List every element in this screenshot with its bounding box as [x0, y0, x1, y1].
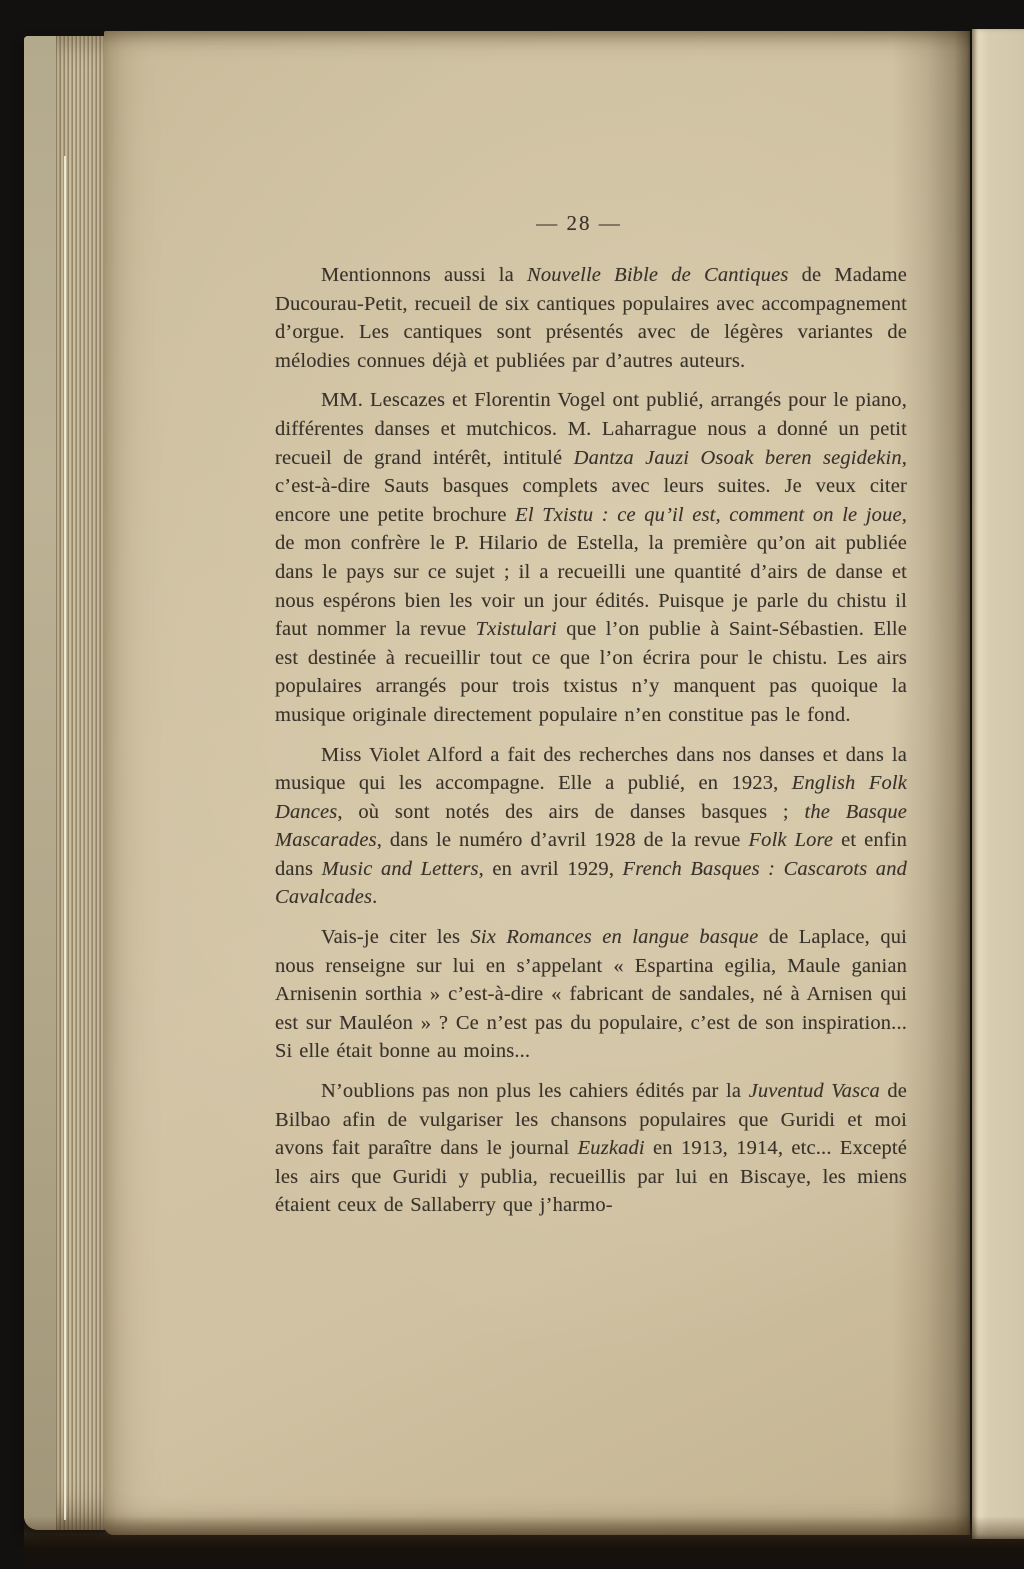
text-segment: , dans le numéro d’avril 1928 de la revu…: [377, 829, 749, 851]
text-segment: Mentionnons aussi la: [321, 264, 527, 286]
italic-text-segment: Music and Letters: [322, 858, 479, 880]
text-segment: , en avril 1929,: [479, 858, 623, 880]
italic-text-segment: El Txistu : ce qu’il est, comment on le …: [515, 504, 902, 526]
text-segment: , où sont notés des airs de danses basqu…: [337, 801, 804, 823]
paragraph: Mentionnons aussi la Nouvelle Bible de C…: [275, 261, 907, 375]
italic-text-segment: Juventud Vasca: [749, 1080, 880, 1102]
body-text: Mentionnons aussi la Nouvelle Bible de C…: [275, 261, 907, 1220]
italic-text-segment: Txistulari: [476, 618, 557, 640]
paragraph: MM. Lescazes et Florentin Vogel ont publ…: [275, 386, 907, 729]
book-scan: — 28 — Mentionnons aussi la Nouvelle Bib…: [0, 0, 1024, 1569]
italic-text-segment: Euzkadi: [578, 1137, 645, 1159]
italic-text-segment: Nouvelle Bible de Cantiques: [527, 264, 789, 286]
adjacent-page-edge: [972, 29, 1024, 1539]
italic-text-segment: Six Romances en langue basque: [471, 926, 759, 948]
paragraph: Miss Violet Alford a fait des recherches…: [275, 741, 907, 913]
page-number: — 28 —: [263, 211, 895, 236]
italic-text-segment: Folk Lore: [749, 829, 834, 851]
paragraph: N’oublions pas non plus les cahiers édit…: [275, 1077, 907, 1220]
text-segment: Vais-je citer les: [321, 926, 471, 948]
text-segment: N’oublions pas non plus les cahiers édit…: [321, 1080, 749, 1102]
left-page-edges: [24, 36, 106, 1530]
page-surface: — 28 — Mentionnons aussi la Nouvelle Bib…: [104, 31, 970, 1535]
text-segment: .: [372, 886, 377, 908]
bright-page-edge: [64, 156, 66, 1520]
text-block: — 28 — Mentionnons aussi la Nouvelle Bib…: [275, 211, 907, 1231]
paragraph: Vais-je citer les Six Romances en langue…: [275, 923, 907, 1066]
fore-edge-surface: [24, 36, 56, 1530]
italic-text-segment: Dantza Jauzi Osoak beren segidekin: [574, 447, 902, 469]
